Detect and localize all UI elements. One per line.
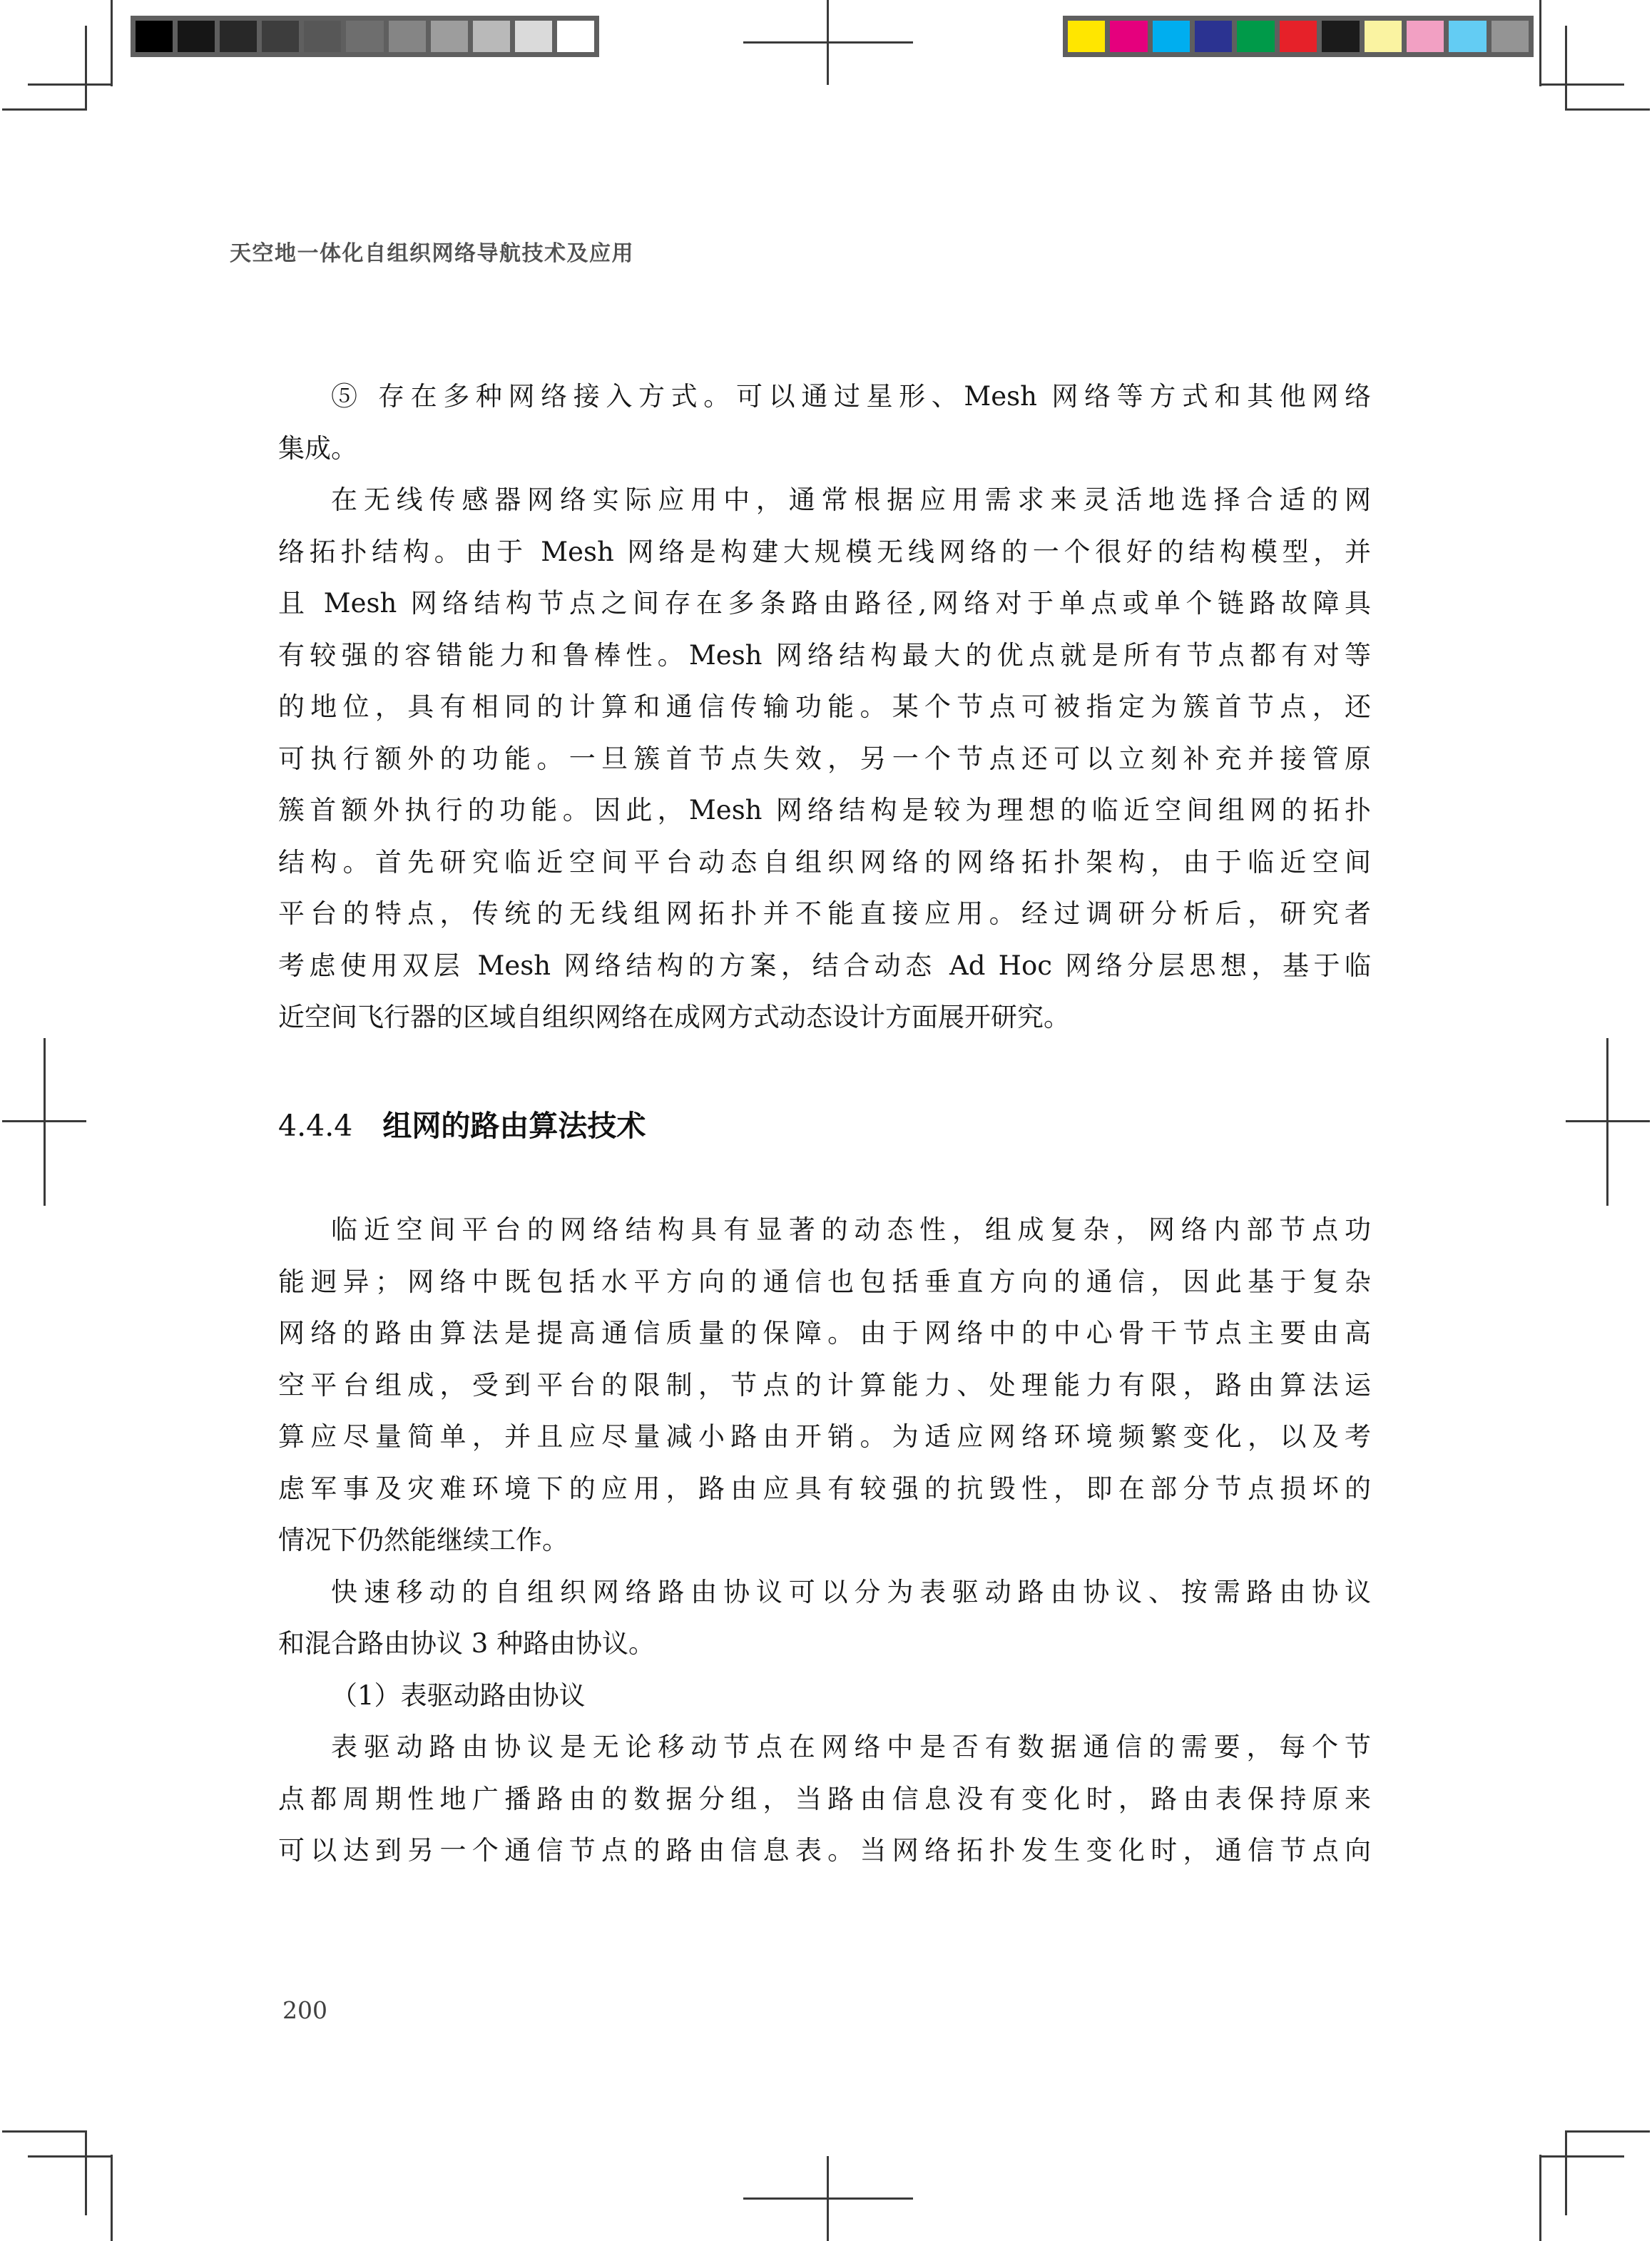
section-heading: 4.4.4组网的路由算法技术 (278, 1104, 646, 1147)
text-line: 络拓扑结构。由于 Mesh 网络是构建大规模无线网络的一个很好的结构模型，并 (278, 527, 1371, 579)
text-line: 空平台组成，受到平台的限制，节点的计算能力、处理能力有限，路由算法运 (278, 1360, 1371, 1412)
calibration-swatch (1407, 21, 1444, 52)
crop-mark (85, 2130, 87, 2215)
book-page: 天空地一体化自组织网络导航技术及应用 ⑤ 存在多种网络接入方式。可以通过星形、M… (0, 0, 1652, 2241)
text-line: 和混合路由协议 3 种路由协议。 (278, 1618, 1371, 1670)
calibration-swatch (515, 21, 552, 52)
calibration-swatch (1110, 21, 1147, 52)
crop-mark (1539, 83, 1624, 86)
crop-mark (28, 83, 113, 86)
calibration-swatch (1449, 21, 1486, 52)
crop-mark (111, 0, 113, 86)
text-line: 网络的路由算法是提高通信质量的保障。由于网络中的中心骨干节点主要由高 (278, 1308, 1371, 1360)
text-line: 簇首额外执行的功能。因此，Mesh 网络结构是较为理想的临近空间组网的拓扑 (278, 785, 1371, 837)
crop-mark (1565, 108, 1650, 111)
calibration-swatch (262, 21, 299, 52)
calibration-swatch (389, 21, 426, 52)
calibration-swatch (473, 21, 510, 52)
crop-mark (743, 41, 913, 44)
text-line: 结构。首先研究临近空间平台动态自组织网络的网络拓扑架构，由于临近空间 (278, 837, 1371, 889)
text-line: 考虑使用双层 Mesh 网络结构的方案，结合动态 Ad Hoc 网络分层思想，基… (278, 940, 1371, 992)
body-text-block-2: 临近空间平台的网络结构具有显著的动态性，组成复杂，网络内部节点功能迥异；网络中既… (278, 1204, 1371, 1877)
crop-mark (28, 2155, 113, 2158)
text-line: 能迥异；网络中既包括水平方向的通信也包括垂直方向的通信，因此基于复杂 (278, 1256, 1371, 1308)
text-line: 临近空间平台的网络结构具有显著的动态性，组成复杂，网络内部节点功 (278, 1204, 1371, 1256)
calibration-swatch (557, 21, 594, 52)
crop-mark (1566, 1120, 1650, 1122)
calibration-swatch (178, 21, 215, 52)
calibration-swatch (1492, 21, 1529, 52)
grayscale-calibration-bar (131, 16, 599, 57)
text-line: 的地位，具有相同的计算和通信传输功能。某个节点可被指定为簇首节点，还 (278, 681, 1371, 733)
calibration-swatch (1322, 21, 1359, 52)
crop-mark (1565, 2130, 1567, 2215)
crop-mark (1539, 0, 1541, 86)
calibration-swatch (136, 21, 173, 52)
text-line: 可以达到另一个通信节点的路由信息表。当网络拓扑发生变化时，通信节点向 (278, 1825, 1371, 1877)
crop-mark (2, 1120, 86, 1122)
crop-mark (85, 26, 87, 111)
running-head-title: 天空地一体化自组织网络导航技术及应用 (230, 235, 634, 267)
crop-mark (2, 2130, 87, 2133)
calibration-swatch (1365, 21, 1402, 52)
text-line: （1）表驱动路由协议 (278, 1670, 1371, 1722)
calibration-swatch (346, 21, 383, 52)
color-calibration-bar (1063, 16, 1534, 57)
text-line: 且 Mesh 网络结构节点之间存在多条路由路径,网络对于单点或单个链路故障具 (278, 578, 1371, 630)
calibration-swatch (1237, 21, 1274, 52)
crop-mark (1539, 2155, 1624, 2158)
text-line: 在无线传感器网络实际应用中，通常根据应用需求来灵活地选择合适的网 (278, 474, 1371, 527)
crop-mark (111, 2155, 113, 2241)
calibration-swatch (1280, 21, 1317, 52)
calibration-swatch (1153, 21, 1190, 52)
text-line: 算应尽量简单，并且应尽量减小路由开销。为适应网络环境频繁变化，以及考 (278, 1411, 1371, 1463)
text-line: 表驱动路由协议是无论移动节点在网络中是否有数据通信的需要，每个节 (278, 1722, 1371, 1774)
calibration-swatch (1068, 21, 1105, 52)
text-line: 点都周期性地广播路由的数据分组，当路由信息没有变化时，路由表保持原来 (278, 1774, 1371, 1826)
text-line: 有较强的容错能力和鲁棒性。Mesh 网络结构最大的优点就是所有节点都有对等 (278, 630, 1371, 682)
calibration-swatch (1195, 21, 1232, 52)
text-line: 集成。 (278, 423, 1371, 475)
section-number: 4.4.4 (278, 1109, 352, 1143)
page-number: 200 (282, 1996, 327, 2024)
calibration-swatch (220, 21, 257, 52)
calibration-swatch (431, 21, 468, 52)
body-text-block-1: ⑤ 存在多种网络接入方式。可以通过星形、Mesh 网络等方式和其他网络集成。在无… (278, 371, 1371, 1044)
text-line: 近空间飞行器的区域自组织网络在成网方式动态设计方面展开研究。 (278, 992, 1371, 1044)
calibration-swatch (304, 21, 341, 52)
crop-mark (743, 2197, 913, 2200)
text-line: 可执行额外的功能。一旦簇首节点失效，另一个节点还可以立刻补充并接管原 (278, 733, 1371, 786)
crop-mark (1565, 26, 1567, 111)
section-title: 组网的路由算法技术 (382, 1109, 646, 1143)
crop-mark (2, 108, 87, 111)
text-line: 平台的特点，传统的无线组网拓扑并不能直接应用。经过调研分析后，研究者 (278, 888, 1371, 940)
crop-mark (1539, 2155, 1541, 2241)
text-line: 快速移动的自组织网络路由协议可以分为表驱动路由协议、按需路由协议 (278, 1567, 1371, 1619)
crop-mark (1565, 2130, 1650, 2133)
text-line: 虑军事及灾难环境下的应用，路由应具有较强的抗毁性，即在部分节点损坏的 (278, 1463, 1371, 1515)
text-line: 情况下仍然能继续工作。 (278, 1515, 1371, 1567)
text-line: ⑤ 存在多种网络接入方式。可以通过星形、Mesh 网络等方式和其他网络 (278, 371, 1371, 423)
